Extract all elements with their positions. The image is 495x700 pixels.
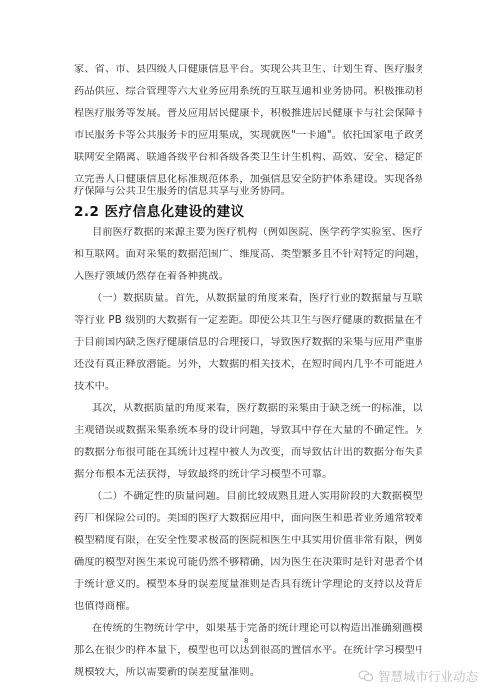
text-line: （一）数据质量。首先，从数据量的角度来看，医疗行业的数据量与互联网搜索及消费 xyxy=(92,293,422,305)
text-line: 据分布根本无法获得，导致最终的统计学习模型不可靠。 xyxy=(74,469,422,481)
text-line: 技术中。 xyxy=(74,381,422,393)
watermark: 智慧城市行业动态 xyxy=(358,667,478,685)
text-line: 于目前国内缺乏医疗健康信息的合理接口，导致医疗数据的采集与应用严重脱节，医疗数据 xyxy=(74,337,422,349)
text-line: 模型精度有限，在安全性要求极高的医院和医生中其实用价值非常有限，例如，一个 95… xyxy=(74,535,422,547)
text-line: 立完善人口健康信息化标准规范体系，加强信息安全防护体系建设。实现各级医疗服务、医 xyxy=(74,174,422,186)
watermark-text: 智慧城市行业动态 xyxy=(378,667,478,685)
text-line: 等行业 PB 级别的大数据有一定差距。即使公共卫生与医疗健康的数据量在不断增长，… xyxy=(74,315,422,327)
text-line: 联网安全隔离、联通各级平台和各级各类卫生计生机构、高效、安全、稳定的信息网络。建 xyxy=(74,152,422,164)
section-heading: 2.2 医疗信息化建设的建议 xyxy=(74,200,245,220)
text-line: 目前医疗数据的来源主要为医疗机构（例如医院、医学药学实验室、医疗康复中心等） xyxy=(92,227,422,239)
text-line: 入医疗领域仍然存在着各种挑战。 xyxy=(74,271,422,283)
page-number: 8 xyxy=(244,637,248,645)
text-line: （二）不确定性的质量问题。目前比较成熟且进入实用阶段的大数据模型多数都是面向 xyxy=(92,491,422,503)
text-line: 主观错误或数据采集系统本身的设计问题，导致其中存在大量的不确定性。另外，统计获得 xyxy=(74,425,422,437)
text-line: 在传统的生物统计学中，如果基于完备的统计理论可以构造出准确刻画模型的统计量， xyxy=(92,623,422,635)
text-line: 还没有真正释放潜能。另外，大数据的相关技术，在短时间内几乎不可能进入到医院的主流 xyxy=(74,359,422,371)
text-line: 程医疗服务等发展。普及应用居民健康卡，积极推进居民健康卡与社会保障卡、金融 IC… xyxy=(74,108,422,120)
text-line: 药厂和保险公司的。美国的医疗大数据应用中，面向医生和患者业务通常较难，由于大数据 xyxy=(74,513,422,525)
text-line: 也值得商榷。 xyxy=(74,601,422,613)
text-line: 其次，从数据质量的角度来看，医疗数据的采集由于缺乏统一的标准，以及采集人员的 xyxy=(92,403,422,415)
text-line: 于统计意义的。模型本身的误差度量准则是否具有统计学理论的支持以及背后的统计学意义 xyxy=(74,579,422,591)
text-line: 药品供应、综合管理等六大业务应用系统的互联互通和业务协同。积极推动移动互联网、远 xyxy=(74,86,422,98)
text-line: 那么在很少的样本量下，模型也可以达到很高的置信水平。在统计学习模型中，希望数据的 xyxy=(74,645,422,657)
text-line: 市民服务卡等公共服务卡的应用集成，实现就医"一卡通"。依托国家电子政务网，构建与… xyxy=(74,130,422,142)
text-line: 和互联网。面对采集的数据范围广、维度高、类型繁多且不针对特定的问题，大数据技术进 xyxy=(74,249,422,261)
text-line: 家、省、市、县四级人口健康信息平台。实现公共卫生、计划生育、医疗服务、医疗保障、 xyxy=(74,64,422,76)
document-page: 家、省、市、县四级人口健康信息平台。实现公共卫生、计划生育、医疗服务、医疗保障、… xyxy=(0,0,495,700)
text-line: 的数据分布很可能在其统计过程中被人为改变，而导致估计出的数据分布失真或者实际的数 xyxy=(74,447,422,459)
text-line: 确度的模型对医生来说可能仍然不够精确，因为医生在决策时是针对患者个体的，而不是基 xyxy=(74,557,422,569)
text-line: 疗保障与公共卫生服务的信息共享与业务协同。 xyxy=(74,186,422,198)
wechat-icon xyxy=(358,670,374,682)
